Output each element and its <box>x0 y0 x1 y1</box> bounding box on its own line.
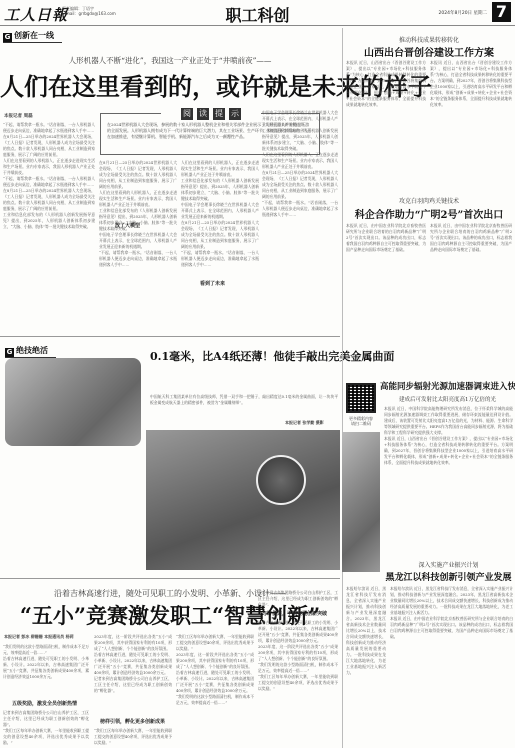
right-story4-body-b: 本报哈尔滨讯 近日，黑龙江省科技厅发布消息，全省深入实施产业振兴计划，推动科技创… <box>390 586 513 748</box>
right-story4-body-a: 本报哈尔滨讯 近日，黑龙江省科技厅发布消息，全省深入实施产业振兴计划，推动科技创… <box>346 586 386 748</box>
column-label: 绝技绝活 <box>16 346 48 355</box>
right-story1-kicker: 推动科技成果转移转化 <box>345 35 513 44</box>
wuxiao-subhead-2: 榜样引领，孵化更多创新成果 <box>100 718 165 725</box>
lead-subhead-2: 看到了未来 <box>200 280 225 287</box>
skill-photo-hands <box>5 358 141 446</box>
column-logo-icon: G <box>3 33 12 42</box>
right-story2-body-a: 本报讯 近日，由中国农业科学院北京畜牧兽医研究所与企业联合培育的白羽肉鸡新品种“… <box>346 223 426 375</box>
skill-byline: 本报记者 张学勤 摄影 <box>285 420 324 426</box>
column-logo-icon: G <box>5 348 14 357</box>
lead-body-col-3: 人们在这里看到的人形机器人，正在逐步走进现实生活和生产场景。业内专家表示，我国人… <box>181 160 259 332</box>
right-story1-body-b: 本报讯 近日，山西省出台《晋创谷建设工作方案》，提出以“专业园+市场化+科技服务… <box>430 60 512 190</box>
wuxiao-body-col-4: 沿着吉林高速行进，随处可见职工的小发明、小革新、小设计。2022年以来，吉林高速… <box>258 620 338 748</box>
wuxiao-subhead-3: 与时俱进，不断实现创新突破 <box>262 610 327 617</box>
lead-kicker: 人形机器人不断“进化”，我国这一产业正处于“井喷前夜”—— <box>0 55 340 66</box>
qr-caption: 更多精彩内容 请扫二维码 <box>342 416 380 426</box>
right-story3-headline: 高能同步辐射光源加速器调束进入快车道 <box>380 380 515 392</box>
column-tag-skills: G绝技绝活 <box>5 345 56 358</box>
lead-body-col-4: 中国电子学会理事长徐晓兰在世界机器人大会开幕式上表示，在全球范围内，人形机器人产… <box>262 110 338 332</box>
right-story2-kicker: 攻克白羽肉鸡关键技术 <box>345 196 513 205</box>
skill-headline: 0.1毫米，比A4纸还薄！他徒手敲出完美金属曲面 <box>150 348 340 364</box>
lead-body-col-1: “不起，请帮我拿一瓶水。”话音刚落，一台人形机器人便迈步走向桌边，准确地拿起了水… <box>3 122 95 332</box>
lead-body-col-2: 在8月21日—25日举办的2024世界机器人大会现场，《工人日报》记者发现，人形… <box>99 160 177 332</box>
right-story2-headline: 科企合作助力“广明2号”首次出口 <box>345 206 513 221</box>
column-divider <box>342 28 343 748</box>
right-photo <box>342 432 380 572</box>
gauge-dial-icon <box>256 455 306 505</box>
right-story1-body-a: 本报讯 近日，山西省出台《晋创谷建设工作方案》，提出以“专业园+市场化+科技服务… <box>346 60 426 190</box>
column-label: 创新在一线 <box>14 31 54 40</box>
right-story3-body: 本报讯 近日，中国科学院高能物理研究所发布消息，位于怀柔科学城的高能同步辐射光源… <box>384 406 513 551</box>
wuxiao-body-col-3: “我们工区每年举办创新大赛，一年里能收到职工提交的创意设想40余项，评选出优秀成… <box>176 634 254 748</box>
skill-photo-worker <box>146 430 340 570</box>
divider <box>0 578 340 579</box>
qr-code[interactable] <box>346 383 376 413</box>
wuxiao-body-col-2: 2023年度，这一阶段共评选出各类“五小”成果200余项，其中获得国家专利的有1… <box>94 634 172 714</box>
wuxiao-byline: 本报记者 彭冰 柳姗姗 本报通讯员 杨莉 <box>4 634 74 640</box>
page-number: 7 <box>492 2 511 22</box>
right-story2-body-b: 本报讯 近日，由中国农业科学院北京畜牧兽医研究所与企业联合培育的白羽肉鸡新品种“… <box>430 223 512 375</box>
column-tag-innovation: G创新在一线 <box>3 30 62 43</box>
divider <box>0 336 340 337</box>
right-story3-kicker: 建成后可发射比太阳亮度高1万亿倍的光 <box>380 395 515 403</box>
wuxiao-body-col-2b: “我们工区每年举办创新大赛，一年里能收到职工提交的创意设想40余项，评选出优秀成… <box>94 728 172 748</box>
lead-byline: 本报记者 周磊 <box>4 113 33 119</box>
wuxiao-subhead-1: 五级奖励，激发全员创新热情 <box>12 700 77 707</box>
skill-summary: 中国航天科工集团某单位有位高级技师，凭借一双手和一把锤子，敲出精度达0.1毫米的… <box>150 394 338 420</box>
right-story1-headline: 山西出台晋创谷建设工作方案 <box>345 44 513 59</box>
reading-tips-title: 阅读提示 <box>161 108 261 120</box>
lead-headline: 人们在这里看到的，或许就是未来的样子 <box>0 67 340 102</box>
right-story4-kicker: 深入实施产业振兴计划 <box>384 560 513 569</box>
right-story4-headline: 黑龙江以科技创新引领产业发展 <box>384 570 513 583</box>
wuxiao-body-col-4a: 记者来到吉高集团路桥分公司白山养护工区，工区主任介绍，这里已经成为职工创新创效的… <box>258 590 338 606</box>
wuxiao-body-col-1b: 记者来到吉高集团路桥分公司白山养护工区，工区主任介绍，这里已经成为职工创新创效的… <box>3 710 89 748</box>
lead-subhead-1: 放了大模型 <box>115 222 140 229</box>
masthead: 工人日報 责任编辑：丁语宇 E-mail：grrbgdx@163.com 职工科… <box>0 0 515 26</box>
issue-date: 2024年8月20日 星期二 <box>439 10 487 16</box>
